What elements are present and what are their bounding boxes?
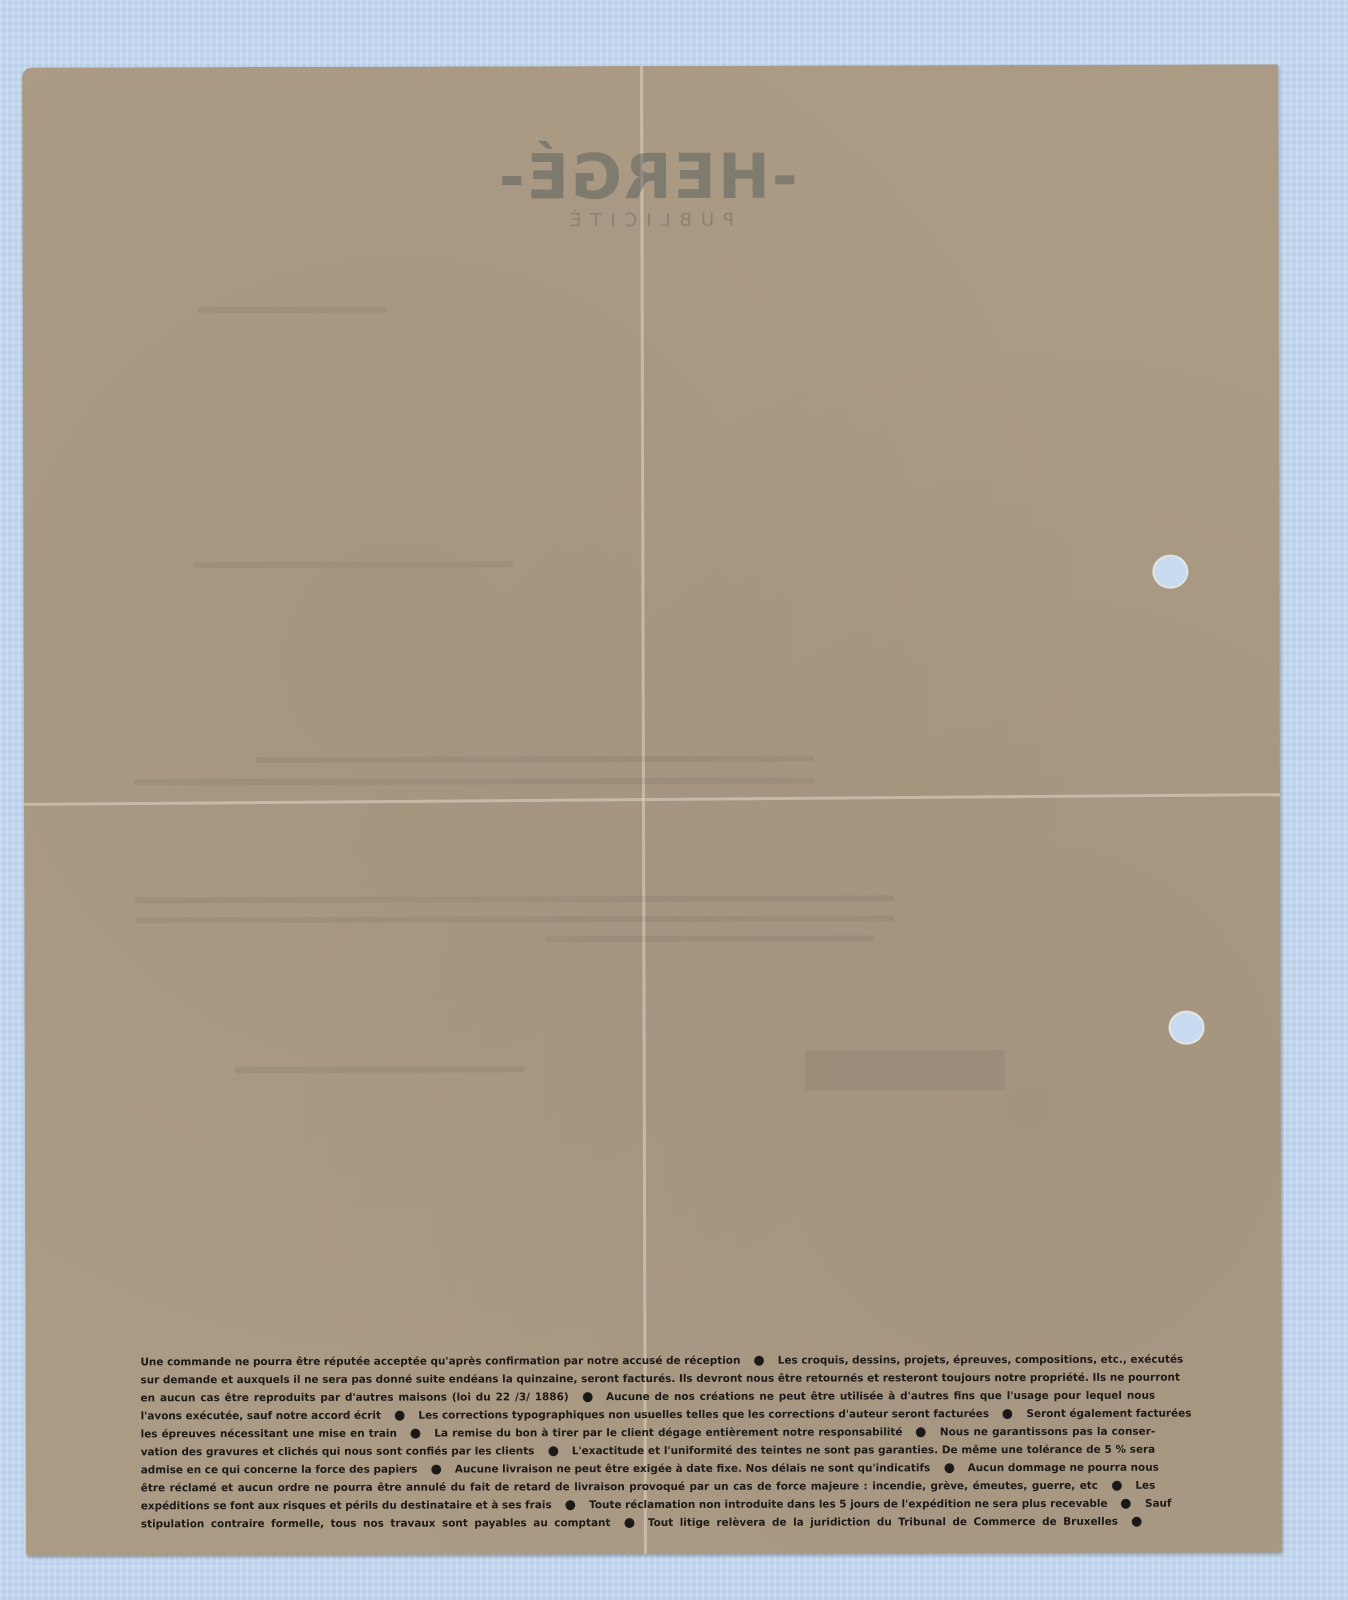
terms-clause: Les [1135, 1480, 1155, 1492]
terms-clause: admise en ce qui concerne la force des p… [141, 1464, 418, 1477]
terms-clause: Les corrections typographiques non usuel… [418, 1408, 989, 1421]
ghost-signature [235, 1066, 525, 1073]
terms-line: stipulation contraire formelle, tous nos… [141, 1513, 1156, 1534]
terms-clause: Toute réclamation non introduite dans le… [589, 1498, 1107, 1511]
bullet-separator-icon [431, 1465, 441, 1475]
ghost-text [193, 561, 513, 568]
terms-clause: expéditions se font aux risques et péril… [141, 1499, 552, 1512]
bullet-separator-icon [1132, 1517, 1142, 1527]
bullet-separator-icon [411, 1429, 421, 1439]
bullet-separator-icon [944, 1463, 954, 1473]
ghost-text [134, 778, 814, 786]
terms-and-conditions: Une commande ne pourra être réputée acce… [140, 1351, 1155, 1534]
brand-name: -HERGÉ- [492, 146, 802, 209]
bullet-separator-icon [624, 1518, 634, 1528]
terms-clause: en aucun cas être reproduits par d'autre… [141, 1391, 569, 1404]
vertical-fold-line [640, 66, 647, 1554]
terms-clause: les épreuves nécessitant une mise en tra… [141, 1428, 397, 1441]
terms-clause: La remise du bon à tirer par le client d… [434, 1426, 902, 1439]
terms-clause: sur demande et auxquels il ne sera pas d… [140, 1372, 1179, 1387]
bullet-separator-icon [1121, 1499, 1131, 1509]
terms-clause: Les croquis, dessins, projets, épreuves,… [778, 1354, 1183, 1367]
bullet-separator-icon [916, 1427, 926, 1437]
bullet-separator-icon [1112, 1481, 1122, 1491]
terms-clause: Seront également facturées [1026, 1408, 1191, 1420]
bullet-separator-icon [1003, 1409, 1013, 1419]
ghost-stamp [805, 1050, 1005, 1091]
terms-clause: Nous ne garantissons pas la conser- [940, 1426, 1155, 1439]
ghost-text [134, 895, 894, 903]
terms-clause: Une commande ne pourra être réputée acce… [140, 1355, 740, 1369]
terms-clause: Tout litige relèvera de la juridiction d… [648, 1516, 1118, 1529]
terms-clause: L'exactitude et l'uniformité des teintes… [572, 1444, 1155, 1458]
bullet-separator-icon [395, 1411, 405, 1421]
terms-clause: être réclamé et aucun ordre ne pourra êt… [141, 1480, 1098, 1495]
ghost-text [198, 307, 388, 313]
terms-clause: stipulation contraire formelle, tous nos… [141, 1517, 611, 1530]
bullet-separator-icon [754, 1356, 764, 1366]
terms-clause: l'avons exécutée, sauf notre accord écri… [141, 1410, 381, 1423]
ghost-text [134, 915, 894, 923]
bullet-separator-icon [582, 1392, 592, 1402]
terms-clause: Sauf [1145, 1498, 1172, 1510]
paper-sheet: -HERGÉ- PUBLICITÉ Une commande ne pourra… [22, 64, 1282, 1555]
terms-clause: Aucune livraison ne peut être exigée à d… [455, 1462, 930, 1475]
punch-hole [1169, 1011, 1205, 1045]
bullet-separator-icon [548, 1446, 558, 1456]
ghost-text [254, 756, 814, 763]
ghost-text [544, 935, 874, 942]
letterhead-logo-bleedthrough: -HERGÉ- PUBLICITÉ [492, 146, 802, 232]
terms-clause: vation des gravures et clichés qui nous … [141, 1445, 535, 1458]
horizontal-fold-line [24, 793, 1280, 806]
bullet-separator-icon [565, 1500, 575, 1510]
punch-hole [1152, 555, 1188, 589]
terms-clause: Aucune de nos créations ne peut être uti… [606, 1390, 1155, 1403]
terms-clause: Aucun dommage ne pourra nous [968, 1462, 1159, 1475]
